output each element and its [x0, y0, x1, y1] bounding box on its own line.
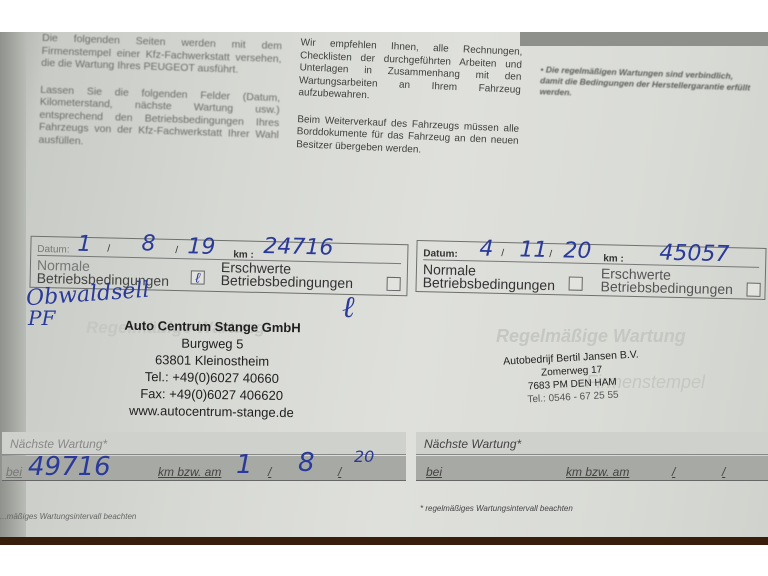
- date-separator: /: [338, 465, 341, 479]
- km-label: km :: [603, 253, 624, 264]
- intro-right-note: • Die regelmäßigen Wartungen sind verbin…: [539, 64, 752, 104]
- date-separator: /: [107, 243, 110, 254]
- footnote-right: * regelmäßiges Wartungsintervall beachte…: [420, 504, 573, 513]
- difficult-conditions-checkbox[interactable]: [746, 283, 760, 297]
- next-month[interactable]: 8: [298, 452, 315, 474]
- intro-middle-paragraph-2: Beim Weiterverkauf des Fahrzeugs müssen …: [296, 114, 519, 161]
- date-separator: /: [175, 245, 178, 256]
- at-label: bei: [6, 465, 22, 479]
- workshop-stamp-1: Auto Centrum Stange GmbH Burgweg 5 63801…: [95, 316, 328, 421]
- date-separator: /: [722, 465, 725, 479]
- date-separator: /: [549, 249, 552, 260]
- stamp-company: Auto Centrum Stange GmbH: [96, 316, 328, 336]
- difficult-conditions-label: Erschwerte Betriebsbedingungen: [221, 261, 354, 290]
- next-km[interactable]: 49716: [28, 456, 111, 478]
- handwritten-mark: ℓ: [342, 290, 355, 325]
- difficult-conditions-checkbox[interactable]: [386, 277, 400, 291]
- date-day[interactable]: 1: [77, 234, 91, 256]
- next-service-label: Nächste Wartung*: [424, 437, 521, 451]
- next-service-2: Nächste Wartung* bei km bzw. am / /: [416, 432, 768, 482]
- date-separator: /: [268, 465, 271, 479]
- footnote-left: ...mäßiges Wartungsintervall beachten: [0, 512, 136, 521]
- km-value[interactable]: 24716: [263, 236, 333, 260]
- difficult-conditions-label: Erschwerte Betriebsbedingungen: [600, 267, 733, 296]
- date-month[interactable]: 11: [519, 239, 547, 262]
- stamp-placeholder-ghost: Regelmäßige Wartung: [496, 326, 686, 347]
- stamp-web: www.autocentrum-stange.de: [95, 401, 327, 421]
- service-entry-2: Datum: 4 / 11 / 20 km : 45057 Normale Be…: [415, 240, 766, 300]
- intro-middle-text: Wir empfehlen Ihnen, alle Rechnungen, Ch…: [295, 37, 522, 175]
- date-separator: /: [672, 465, 675, 479]
- next-service-1: Nächste Wartung* bei 49716 km bzw. am 1 …: [2, 432, 406, 482]
- next-service-header: Nächste Wartung*: [416, 432, 768, 455]
- next-year[interactable]: 20: [354, 446, 374, 468]
- km-value[interactable]: 45057: [659, 243, 729, 267]
- booklet-page: WARTUNGSNACHWEIS Die folgenden Seiten we…: [0, 32, 768, 537]
- next-service-row: bei km bzw. am / /: [416, 456, 768, 481]
- intro-left-text: Die folgenden Seiten werden mit dem Firm…: [38, 32, 282, 168]
- service-booklet-photo: WARTUNGSNACHWEIS Die folgenden Seiten we…: [0, 32, 768, 545]
- km-or-on-label: km bzw. am: [566, 465, 629, 479]
- next-day[interactable]: 1: [236, 454, 253, 476]
- header-band: WARTUNGSNACHWEIS: [520, 32, 768, 46]
- km-or-on-label: km bzw. am: [158, 465, 221, 479]
- workshop-stamp-2: Autobedrijf Bertil Jansen B.V. Zomerweg …: [483, 347, 661, 408]
- normal-conditions-checkbox[interactable]: [569, 276, 583, 290]
- date-year[interactable]: 20: [563, 240, 591, 263]
- warranty-note: Die regelmäßigen Wartungen sind verbindl…: [540, 64, 751, 97]
- date-year[interactable]: 19: [187, 236, 215, 259]
- label-line: Betriebsbedingungen: [221, 274, 354, 290]
- date-label: Datum:: [423, 248, 458, 260]
- date-separator: /: [501, 248, 504, 259]
- normal-conditions-label: Normale Betriebsbedingungen: [423, 263, 556, 292]
- label-line: Betriebsbedingungen: [600, 280, 733, 296]
- next-service-row: bei 49716 km bzw. am 1 / 8 / 20: [2, 456, 406, 481]
- date-month[interactable]: 8: [141, 233, 155, 255]
- intro-left-paragraph-2: Lassen Sie die folgenden Felder (Datum, …: [38, 83, 280, 154]
- at-label: bei: [426, 465, 442, 479]
- normal-conditions-checkbox[interactable]: ℓ: [191, 270, 205, 284]
- intro-left-paragraph-1: Die folgenden Seiten werden mit dem Firm…: [41, 32, 282, 78]
- date-day[interactable]: 4: [479, 238, 493, 260]
- next-service-label: Nächste Wartung*: [10, 437, 107, 451]
- handwritten-initials: PF: [28, 306, 55, 330]
- label-line: Betriebsbedingungen: [423, 276, 556, 292]
- intro-middle-paragraph-1: Wir empfehlen Ihnen, alle Rechnungen, Ch…: [298, 37, 523, 109]
- date-label: Datum:: [37, 244, 69, 256]
